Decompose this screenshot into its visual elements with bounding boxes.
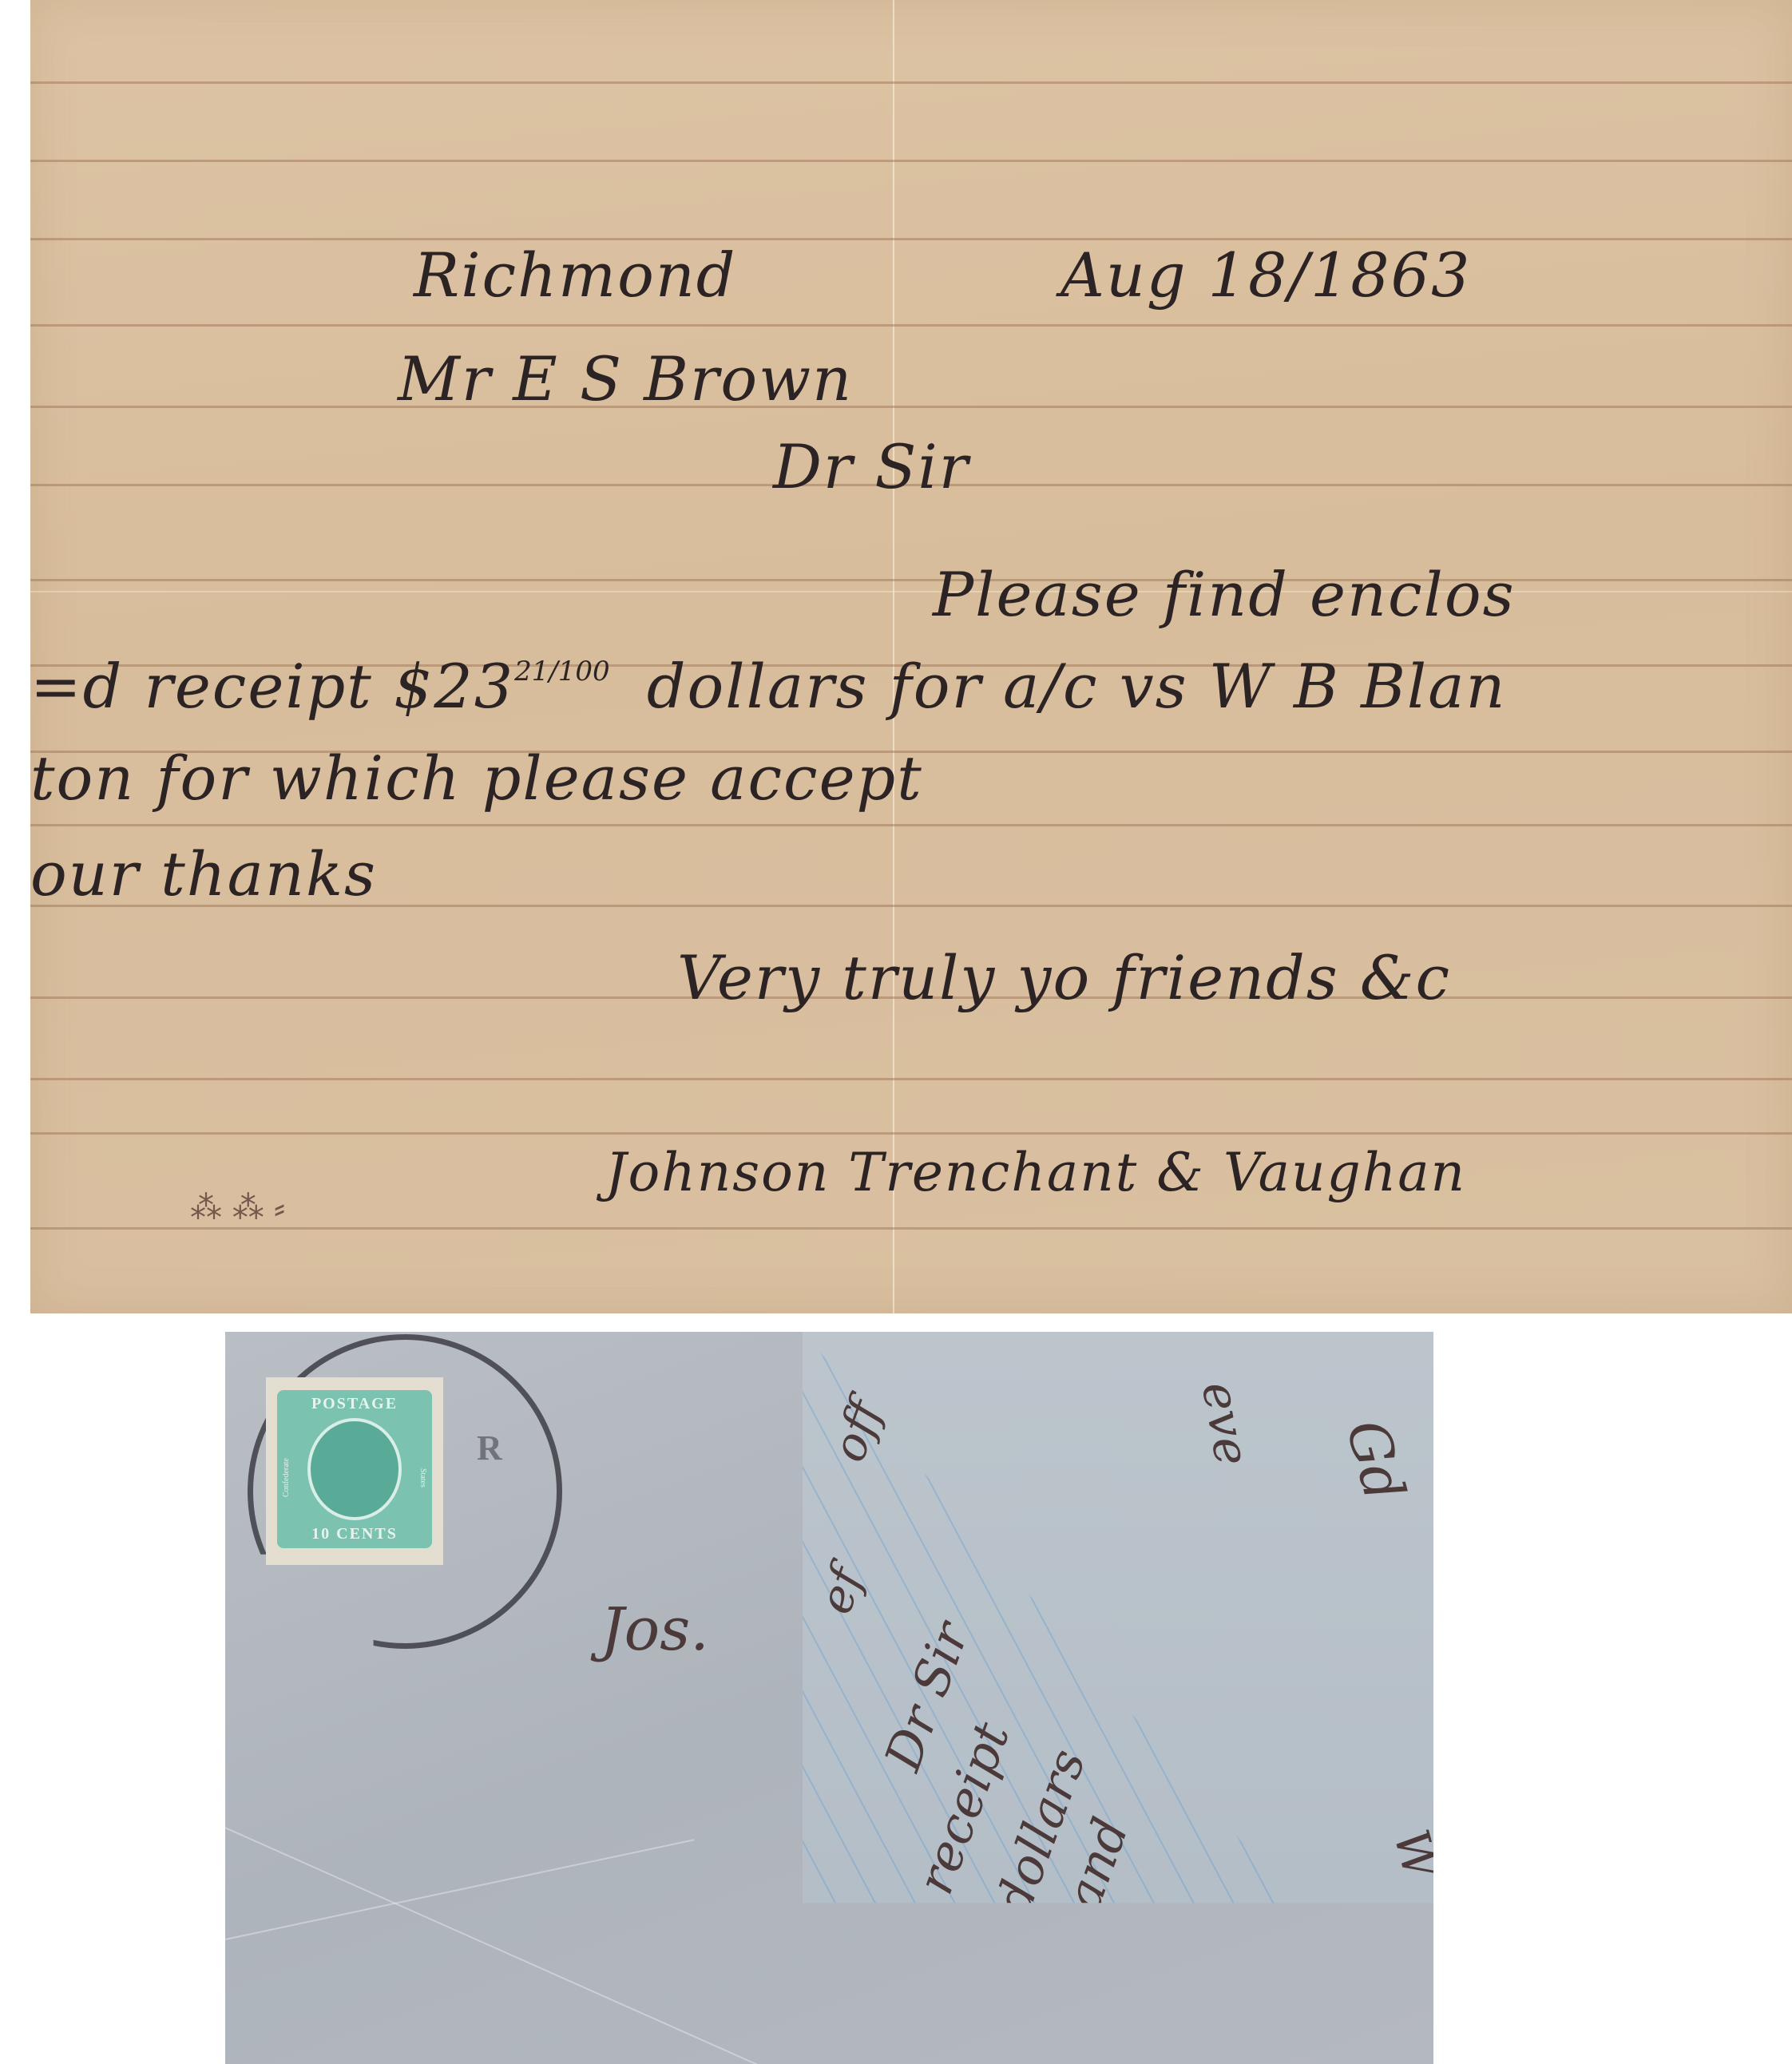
letter-sheet: Richmond Aug 18/1863 Mr E S Brown Dr Sir… (30, 0, 1792, 1313)
body-line-3: ton for which please accept (30, 743, 923, 814)
stamp-portrait-icon (307, 1418, 402, 1520)
stamp-right-text: States (418, 1434, 427, 1522)
letter-date: Aug 18/1863 (1061, 240, 1471, 311)
ruled-line (30, 1132, 1792, 1135)
stamp-top-text: POSTAGE (311, 1395, 398, 1413)
ruled-line (30, 81, 1792, 84)
fold-line-horizontal (30, 591, 1792, 592)
postmark-town: R (477, 1428, 502, 1468)
salutation: Dr Sir (773, 431, 969, 502)
ruled-line (30, 1227, 1792, 1230)
receipt-amount: =d receipt $23 (30, 651, 514, 722)
letter-place: Richmond (414, 240, 736, 311)
body-line-4: our thanks (30, 838, 377, 909)
address-fragment: Jos. (601, 1595, 709, 1664)
signature: Johnson Trenchant & Vaughan (605, 1142, 1466, 1203)
envelope-crease (225, 1839, 694, 1940)
addressee: Mr E S Brown (398, 343, 853, 414)
closing: Very truly yo friends &c (677, 942, 1451, 1013)
ruled-line (30, 238, 1792, 240)
ruled-line (30, 1078, 1792, 1080)
ruled-line (30, 160, 1792, 162)
body-line-2: =d receipt $2321/100 dollars for a/c vs … (30, 651, 1506, 722)
stamp-design: POSTAGE 10 CENTS Confederate States (277, 1390, 432, 1548)
envelope-crease (225, 1827, 765, 2064)
account-reference: dollars for a/c vs W B Blan (647, 651, 1507, 722)
body-line-1: Please find enclos (933, 559, 1516, 630)
ink-smudge-marks: ⁂ ⁂ ⸗ (190, 1190, 285, 1226)
ruled-line (30, 824, 1792, 826)
postage-stamp: POSTAGE 10 CENTS Confederate States (266, 1377, 443, 1565)
ruled-line (30, 579, 1792, 581)
stamp-left-text: Confederate (282, 1434, 291, 1522)
ruled-line (30, 324, 1792, 327)
ruled-line (30, 406, 1792, 408)
amount-cents: 21/100 (514, 656, 610, 687)
envelope: off ef Dr Sir receipt dollars and eve Gd… (225, 1332, 1433, 2064)
stamp-denomination: 10 CENTS (311, 1525, 398, 1543)
